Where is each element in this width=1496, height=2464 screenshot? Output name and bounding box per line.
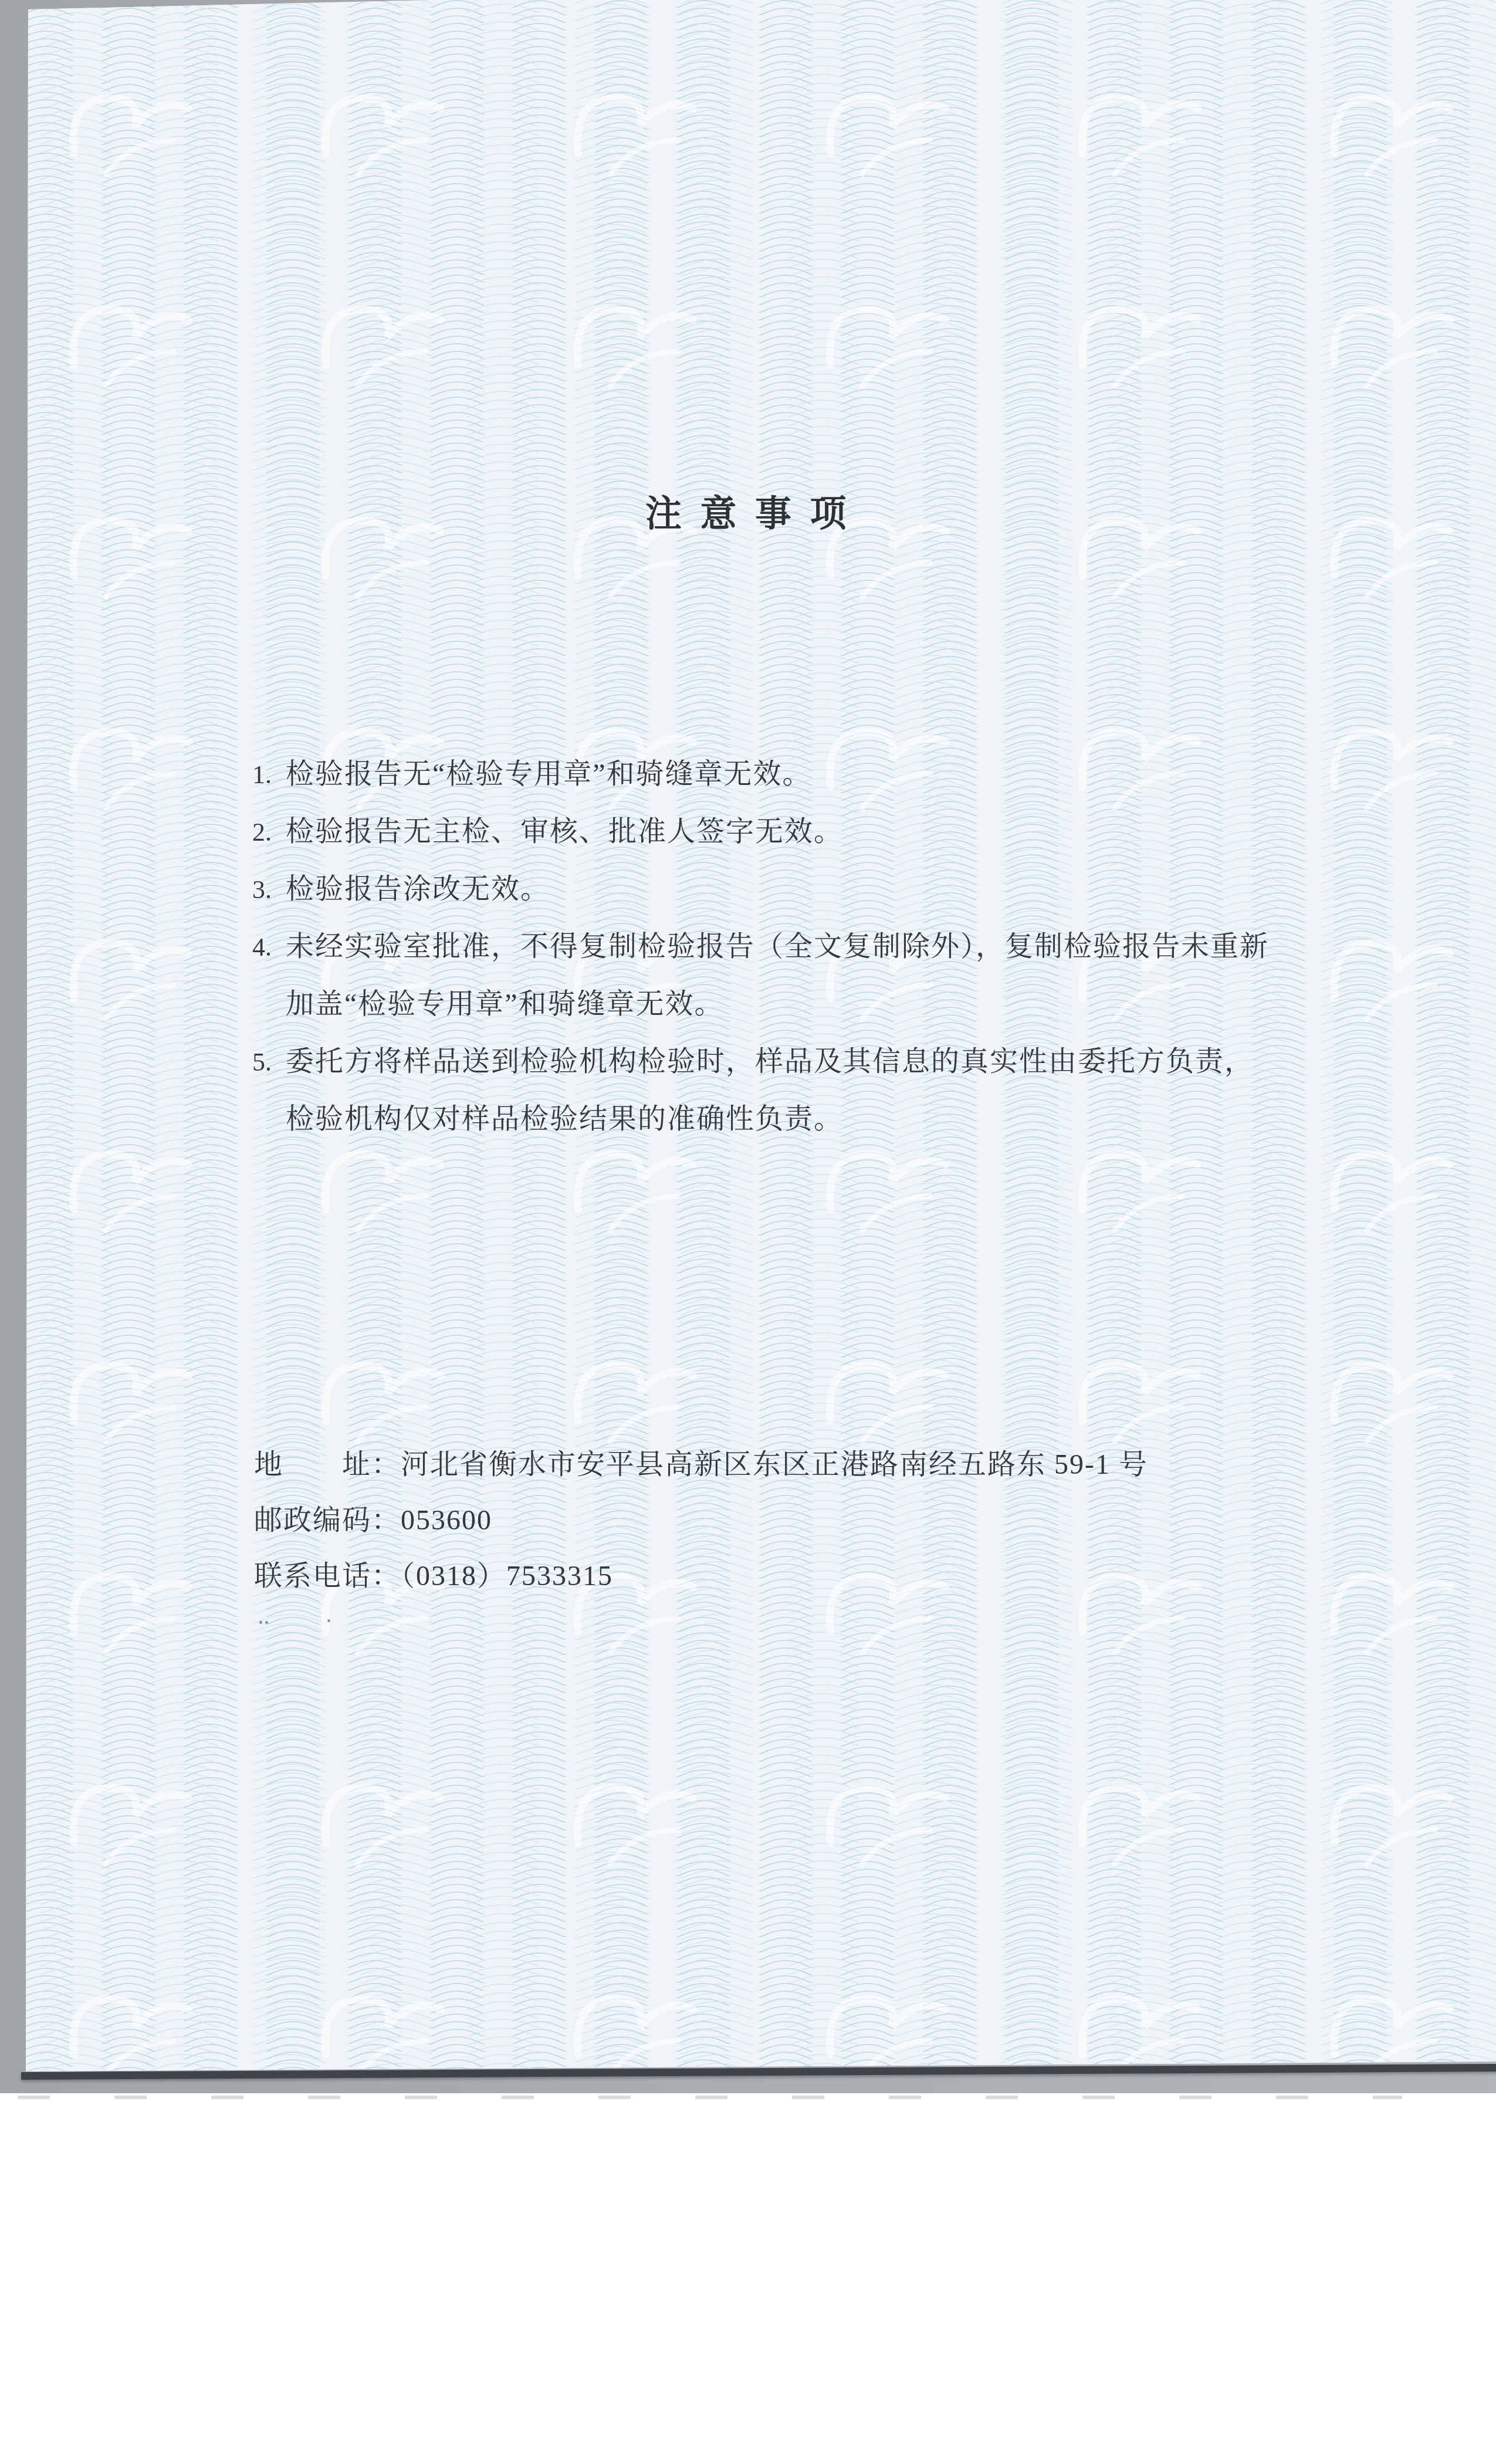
notice-item-4: 4.未经实验室批准，不得复制检验报告（全文复制除外），复制检验报告未重新 — [252, 933, 1269, 961]
notice-item-3-text: 检验报告涂改无效。 — [286, 874, 550, 905]
address-label: 地 址： — [254, 1449, 401, 1480]
phone-label: 联系电话： — [254, 1561, 401, 1592]
notice-item-1: 1.检验报告无“检验专用章”和骑缝章无效。 — [252, 760, 812, 788]
guilloche-texture — [26, 0, 1496, 2072]
phone-value: （0318）7533315 — [401, 1561, 613, 1592]
contact-address-line: 地 址：河北省衡水市安平县高新区东区正港路南经五路东 59-1 号 — [254, 1451, 1148, 1479]
contact-phone-line: 联系电话：（0318）7533315 — [254, 1562, 613, 1590]
notice-item-2: 2.检验报告无主检、审核、批准人签字无效。 — [252, 818, 843, 846]
notice-item-4-text-line-1: 未经实验室批准，不得复制检验报告（全文复制除外），复制检验报告未重新 — [286, 931, 1269, 962]
postal-value: 053600 — [401, 1505, 492, 1536]
notice-item-5: 5.委托方将样品送到检验机构检验时，样品及其信息的真实性由委托方负责， — [252, 1048, 1254, 1076]
notice-item-4-number: 4. — [252, 935, 286, 960]
page-title: 注 意 事 项 — [645, 496, 851, 533]
faded-text-remnant — [327, 1619, 330, 1622]
postal-label: 邮政编码： — [254, 1505, 401, 1536]
notice-item-1-number: 1. — [252, 762, 286, 788]
faded-text-remnant — [265, 1621, 268, 1624]
notice-item-3: 3.检验报告涂改无效。 — [252, 875, 550, 903]
scan-artifact-dashes — [18, 2096, 1402, 2099]
notice-item-2-number: 2. — [252, 820, 286, 845]
scanned-document-page: 注 意 事 项 1.检验报告无“检验专用章”和骑缝章无效。 2.检验报告无主检、… — [0, 0, 1496, 2464]
notice-item-3-number: 3. — [252, 877, 286, 903]
notice-item-4-text-line-2: 加盖“检验专用章”和骑缝章无效。 — [286, 990, 724, 1018]
notice-item-1-text: 检验报告无“检验专用章”和骑缝章无效。 — [286, 759, 812, 790]
address-value: 河北省衡水市安平县高新区东区正港路南经五路东 59-1 号 — [401, 1449, 1148, 1480]
notice-item-2-text: 检验报告无主检、审核、批准人签字无效。 — [286, 816, 843, 847]
faded-text-remnant — [259, 1621, 262, 1624]
paper-sheet: 注 意 事 项 1.检验报告无“检验专用章”和骑缝章无效。 2.检验报告无主检、… — [26, 0, 1496, 2072]
notice-item-5-number: 5. — [252, 1050, 286, 1075]
contact-postal-line: 邮政编码：053600 — [254, 1507, 492, 1535]
notice-item-5-text-line-1: 委托方将样品送到检验机构检验时，样品及其信息的真实性由委托方负责， — [286, 1046, 1254, 1077]
notice-item-5-text-line-2: 检验机构仅对样品检验结果的准确性负责。 — [286, 1105, 843, 1133]
